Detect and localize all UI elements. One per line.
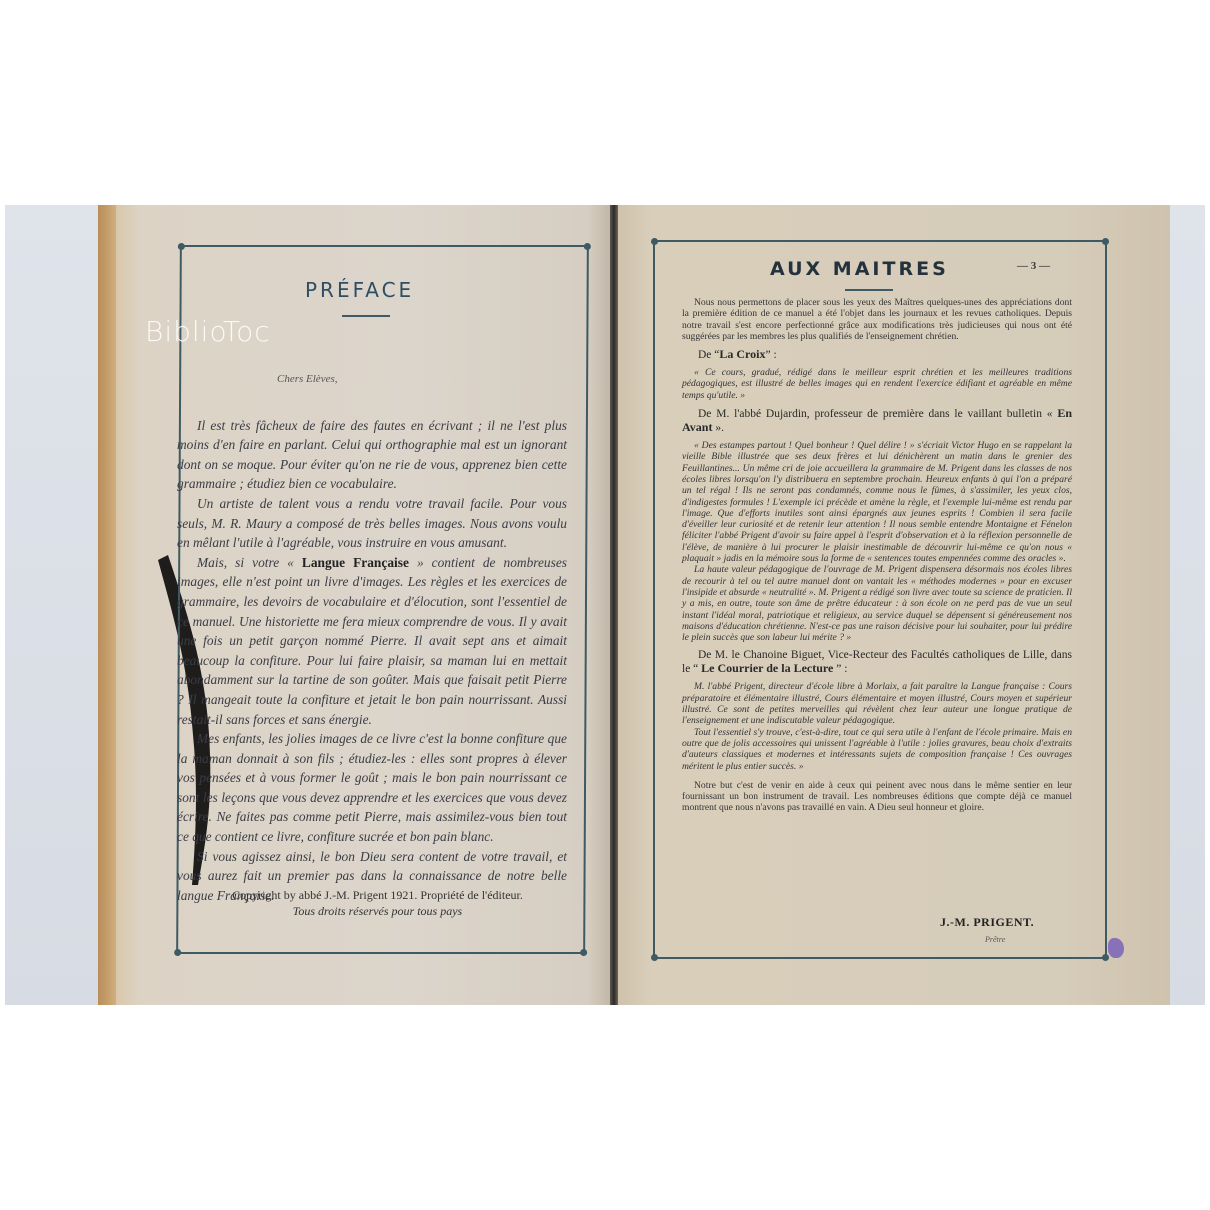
corner-ornament-icon	[584, 243, 591, 250]
preface-title: PRÉFACE	[305, 278, 414, 302]
copyright-notice: Copyright by abbé J.-M. Prigent 1921. Pr…	[180, 887, 575, 919]
title-underline	[845, 289, 893, 291]
corner-ornament-icon	[1102, 954, 1109, 961]
review-quote: La haute valeur pédagogique de l'ouvrage…	[682, 564, 1072, 643]
source-name: La Croix	[719, 347, 765, 361]
title-underline	[342, 315, 390, 317]
source-name: Le Courrier de la Lecture	[701, 661, 833, 675]
greeting: Chers Elèves,	[277, 370, 567, 390]
corner-ornament-icon	[178, 243, 185, 250]
aux-maitres-body: Nous nous permettons de placer sous les …	[682, 297, 1072, 814]
source-suffix: ».	[712, 422, 724, 434]
author-title: Prêtre	[985, 935, 1005, 944]
emphasized-title: Langue Française	[302, 555, 409, 570]
corner-ornament-icon	[651, 238, 658, 245]
source-prefix: De M. l'abbé Dujardin, professeur de pre…	[698, 408, 1057, 420]
corner-ornament-icon	[580, 949, 587, 956]
preface-paragraph: Il est très fâcheux de faire des fautes …	[177, 416, 567, 494]
worn-page-edge	[98, 205, 116, 1005]
review-quote: Tout l'essentiel s'y trouve, c'est-à-dir…	[682, 727, 1072, 772]
preface-paragraph: Un artiste de talent vous a rendu votre …	[177, 494, 567, 553]
closing-paragraph: Notre but c'est de venir en aide à ceux …	[682, 780, 1072, 814]
author-signature: J.-M. PRIGENT.	[940, 915, 1034, 930]
ink-stain	[1108, 938, 1124, 958]
source-suffix: ” :	[833, 663, 847, 675]
page-number: — 3 —	[1017, 260, 1050, 272]
rights-line: Tous droits réservés pour tous pays	[180, 903, 575, 919]
watermark-logo: BiblioToc	[145, 315, 271, 348]
book-photo: PRÉFACE BiblioToc Chers Elèves, Il est t…	[5, 205, 1205, 1005]
review-source: De “La Croix” :	[682, 348, 1072, 362]
source-prefix: De “	[698, 349, 719, 361]
corner-ornament-icon	[174, 949, 181, 956]
review-source: De M. le Chanoine Biguet, Vice-Recteur d…	[682, 649, 1072, 676]
preface-paragraph: Mais, si votre « Langue Française » cont…	[177, 553, 567, 729]
book-gutter	[610, 205, 618, 1005]
corner-ornament-icon	[651, 954, 658, 961]
review-quote: « Ce cours, gradué, rédigé dans le meill…	[682, 367, 1072, 401]
preface-paragraph: Mes enfants, les jolies images de ce liv…	[177, 729, 567, 847]
intro-paragraph: Nous nous permettons de placer sous les …	[682, 297, 1072, 342]
aux-maitres-title: AUX MAITRES	[770, 258, 949, 280]
corner-ornament-icon	[1102, 238, 1109, 245]
source-suffix: ” :	[766, 349, 777, 361]
preface-body: Chers Elèves, Il est très fâcheux de fai…	[177, 370, 567, 905]
review-source: De M. l'abbé Dujardin, professeur de pre…	[682, 407, 1072, 435]
review-quote: M. l'abbé Prigent, directeur d'école lib…	[682, 681, 1072, 726]
copyright-line: Copyright by abbé J.-M. Prigent 1921. Pr…	[180, 887, 575, 903]
review-quote: « Des estampes partout ! Quel bonheur ! …	[682, 440, 1072, 564]
